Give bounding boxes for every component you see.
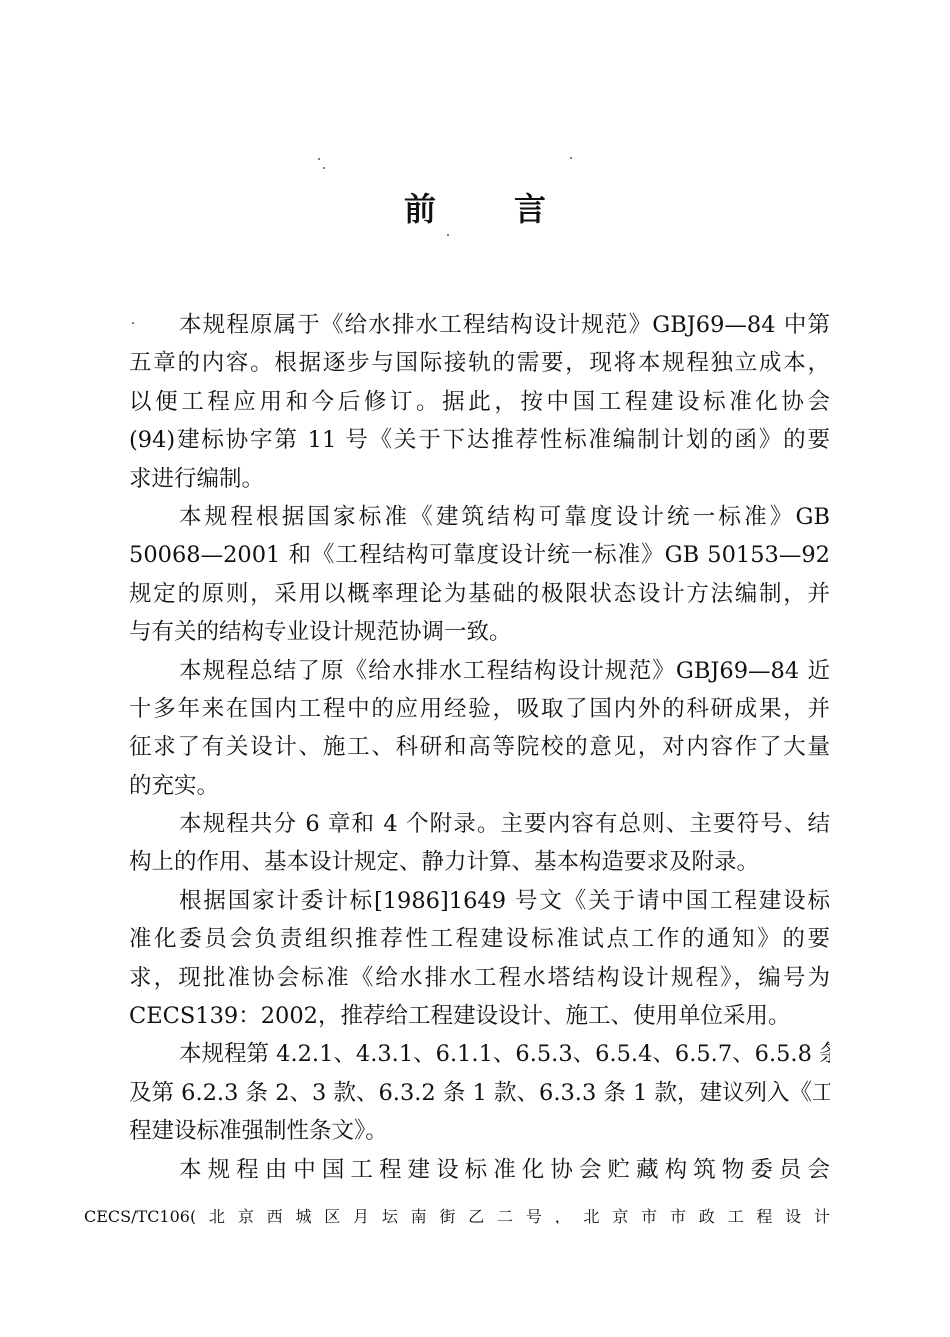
paragraph-1: 本规程原属于《给水排水工程结构设计规范》GBJ69—84 中第 五章的内容。根据…: [84, 306, 830, 498]
text-line: 本规程根据国家标准《建筑结构可靠度设计统一标准》GB: [84, 498, 830, 536]
scan-speck: [570, 157, 572, 159]
preface-body: 本规程原属于《给水排水工程结构设计规范》GBJ69—84 中第 五章的内容。根据…: [84, 306, 830, 1189]
text-line-clipped: CECS/TC106(北京西城区月坛南街乙二号，北京市市政工程设计: [84, 1208, 830, 1224]
scan-speck: [318, 158, 320, 160]
text-line: CECS139：2002，推荐给工程建设设计、施工、使用单位采用。: [84, 997, 830, 1035]
text-line: (94)建标协字第 11 号《关于下达推荐性标准编制计划的函》的要: [84, 421, 830, 459]
text-line: 十多年来在国内工程中的应用经验，吸取了国内外的科研成果，并: [84, 690, 830, 728]
text-line: 的充实。: [84, 767, 830, 805]
text-line: 及第 6.2.3 条 2、3 款、6.3.2 条 1 款、6.3.3 条 1 款…: [84, 1074, 830, 1112]
text-line: 与有关的结构专业设计规范协调一致。: [84, 613, 830, 651]
page-bottom-blank: [0, 1224, 950, 1337]
text-line: 五章的内容。根据逐步与国际接轨的需要，现将本规程独立成本，: [84, 344, 830, 382]
paragraph-5: 根据国家计委计标[1986]1649 号文《关于请中国工程建设标 准化委员会负责…: [84, 882, 830, 1036]
text-line: 本规程由中国工程建设标准化协会贮藏构筑物委员会: [84, 1151, 830, 1189]
text-line: 求，现批准协会标准《给水排水工程水塔结构设计规程》，编号为: [84, 959, 830, 997]
text-line: 根据国家计委计标[1986]1649 号文《关于请中国工程建设标: [84, 882, 830, 920]
text-line: 征求了有关设计、施工、科研和高等院校的意见，对内容作了大量: [84, 728, 830, 766]
page-title: 前言: [0, 184, 950, 230]
text-line: 本规程总结了原《给水排水工程结构设计规范》GBJ69—84 近: [84, 652, 830, 690]
title-char-1: 前: [404, 184, 436, 230]
paragraph-7: 本规程由中国工程建设标准化协会贮藏构筑物委员会: [84, 1151, 830, 1189]
text-line: 50068—2001 和《工程结构可靠度设计统一标准》GB 50153—92: [84, 536, 830, 574]
title-char-2: 言: [514, 184, 546, 230]
text-line: 构上的作用、基本设计规定、静力计算、基本构造要求及附录。: [84, 843, 830, 881]
scan-speck: [323, 167, 325, 169]
clipped-text-line: CECS/TC106(北京西城区月坛南街乙二号，北京市市政工程设计: [84, 1208, 830, 1224]
text-line: 本规程原属于《给水排水工程结构设计规范》GBJ69—84 中第: [84, 306, 830, 344]
paragraph-3: 本规程总结了原《给水排水工程结构设计规范》GBJ69—84 近 十多年来在国内工…: [84, 652, 830, 806]
document-page: 前言 本规程原属于《给水排水工程结构设计规范》GBJ69—84 中第 五章的内容…: [0, 0, 950, 1337]
text-line: 规定的原则，采用以概率理论为基础的极限状态设计方法编制，并: [84, 575, 830, 613]
text-line: 本规程第 4.2.1、4.3.1、6.1.1、6.5.3、6.5.4、6.5.7…: [84, 1035, 830, 1073]
paragraph-2: 本规程根据国家标准《建筑结构可靠度设计统一标准》GB 50068—2001 和《…: [84, 498, 830, 652]
text-line: 求进行编制。: [84, 460, 830, 498]
scan-speck: [447, 234, 449, 236]
paragraph-6: 本规程第 4.2.1、4.3.1、6.1.1、6.5.3、6.5.4、6.5.7…: [84, 1035, 830, 1150]
text-line: 程建设标准强制性条文》。: [84, 1112, 830, 1150]
text-line: 准化委员会负责组织推荐性工程建设标准试点工作的通知》的要: [84, 920, 830, 958]
text-line: 本规程共分 6 章和 4 个附录。主要内容有总则、主要符号、结: [84, 805, 830, 843]
paragraph-4: 本规程共分 6 章和 4 个附录。主要内容有总则、主要符号、结 构上的作用、基本…: [84, 805, 830, 882]
text-line: 以便工程应用和今后修订。据此，按中国工程建设标准化协会: [84, 383, 830, 421]
